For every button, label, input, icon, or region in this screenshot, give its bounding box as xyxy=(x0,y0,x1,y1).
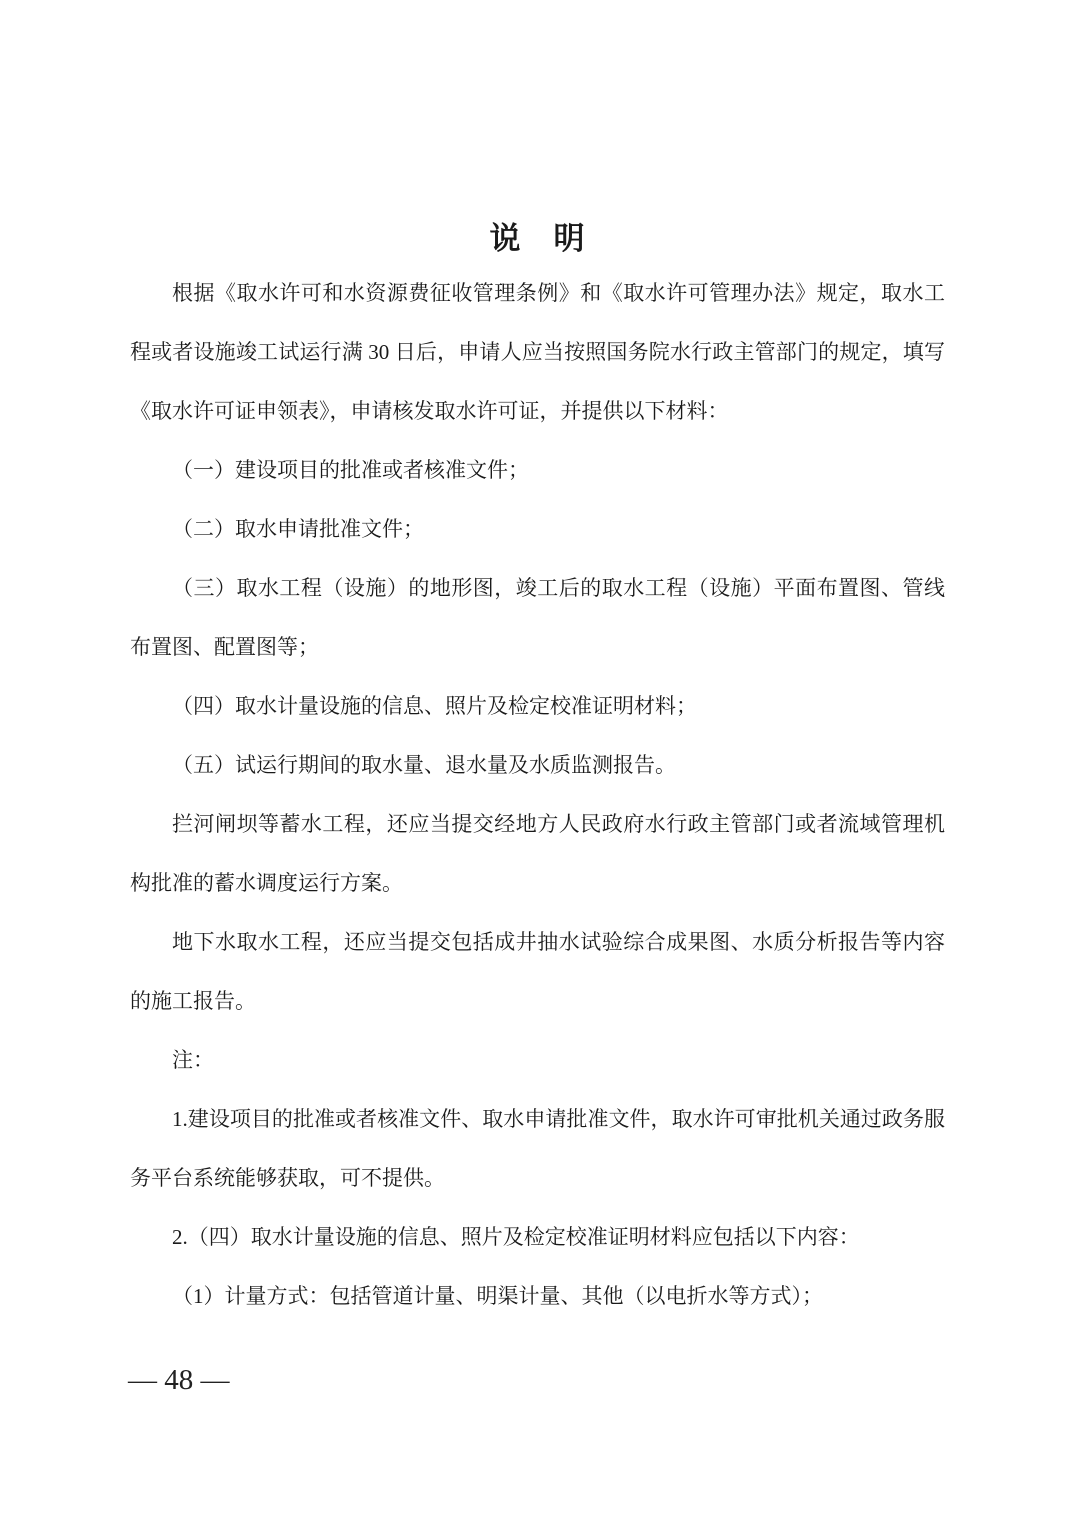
document-page: 说 明 根据《取水许可和水资源费征收管理条例》和《取水许可管理办法》规定，取水工… xyxy=(0,0,1075,1519)
paragraph-item-4: （四）取水计量设施的信息、照片及检定校准证明材料； xyxy=(130,677,945,736)
paragraph-item-1: （一）建设项目的批准或者核准文件； xyxy=(130,441,945,500)
paragraph-note-2: 2.（四）取水计量设施的信息、照片及检定校准证明材料应包括以下内容： xyxy=(130,1208,945,1267)
paragraph-note-1: 1.建设项目的批准或者核准文件、取水申请批准文件，取水许可审批机关通过政务服务平… xyxy=(130,1090,945,1208)
document-content: 说 明 根据《取水许可和水资源费征收管理条例》和《取水许可管理办法》规定，取水工… xyxy=(130,0,945,1326)
paragraph-item-2: （二）取水申请批准文件； xyxy=(130,500,945,559)
document-title: 说 明 xyxy=(130,217,945,261)
paragraph-note-label: 注： xyxy=(130,1031,945,1090)
page-number: — 48 — xyxy=(128,1360,230,1400)
paragraph-note-2-sub-1: （1）计量方式：包括管道计量、明渠计量、其他（以电折水等方式）； xyxy=(130,1267,945,1326)
paragraph-groundwater: 地下水取水工程，还应当提交包括成井抽水试验综合成果图、水质分析报告等内容的施工报… xyxy=(130,913,945,1031)
paragraph-item-3: （三）取水工程（设施）的地形图，竣工后的取水工程（设施）平面布置图、管线布置图、… xyxy=(130,559,945,677)
document-body: 根据《取水许可和水资源费征收管理条例》和《取水许可管理办法》规定，取水工程或者设… xyxy=(130,264,945,1326)
paragraph-item-5: （五）试运行期间的取水量、退水量及水质监测报告。 xyxy=(130,736,945,795)
paragraph-intro: 根据《取水许可和水资源费征收管理条例》和《取水许可管理办法》规定，取水工程或者设… xyxy=(130,264,945,441)
paragraph-storage-works: 拦河闸坝等蓄水工程，还应当提交经地方人民政府水行政主管部门或者流域管理机构批准的… xyxy=(130,795,945,913)
